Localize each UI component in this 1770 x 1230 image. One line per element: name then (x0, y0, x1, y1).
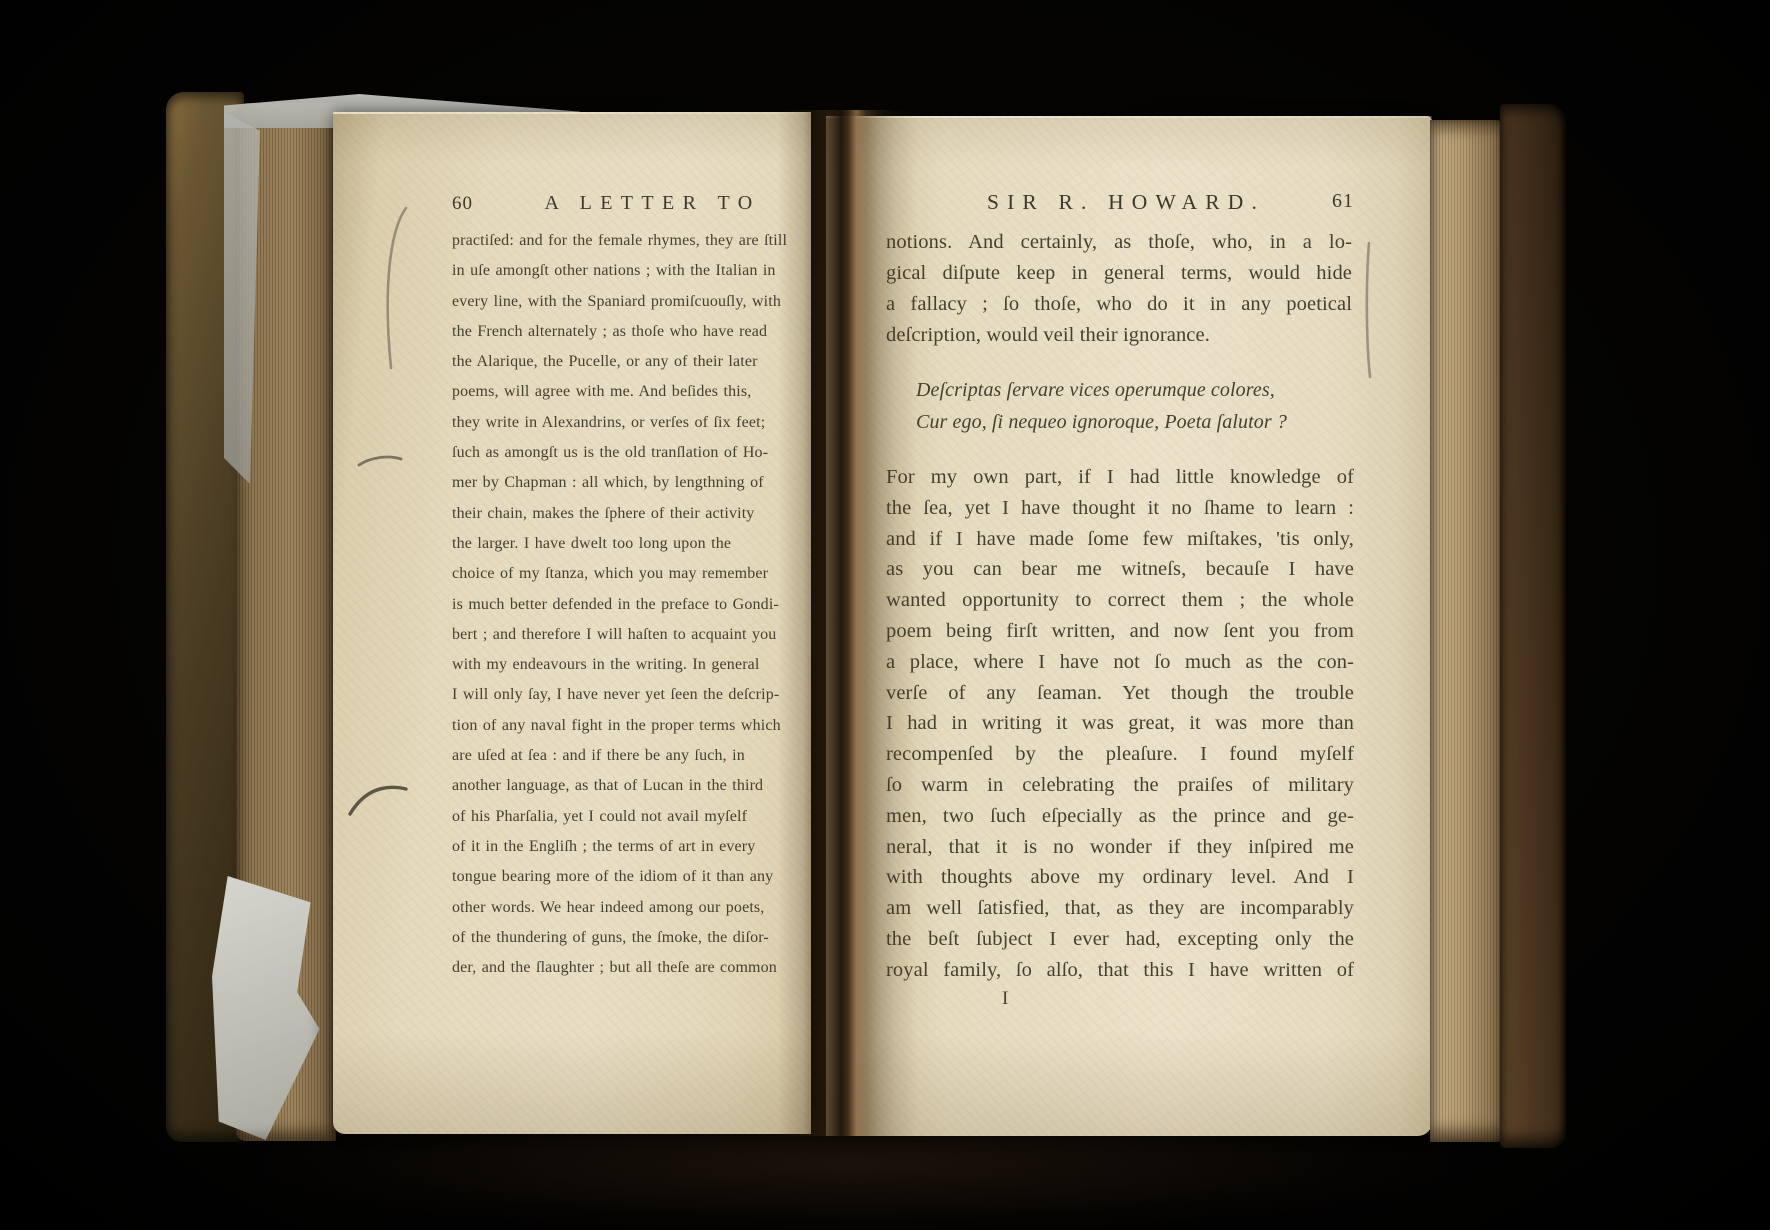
page-number-left: 60 (452, 193, 473, 215)
text-line: gical diſpute keep in general terms, wou… (886, 258, 1352, 289)
text-line: poems, will agree with me. And beſides t… (452, 377, 799, 407)
main-paragraph: For my own part, if I had little knowled… (886, 462, 1354, 986)
text-line: ſo warm in celebrating the praiſes of mi… (886, 770, 1354, 801)
text-line: a fallacy ; ſo thoſe, who do it in any p… (886, 289, 1352, 320)
right-page: SIR R. HOWARD. 61 notions. And certainly… (826, 116, 1432, 1136)
page-number-right: 61 (1332, 190, 1354, 213)
text-line: the larger. I have dwelt too long upon t… (452, 529, 799, 559)
text-line: their chain, makes the ſphere of their a… (452, 499, 799, 529)
text-line: other words. We hear indeed among our po… (452, 893, 799, 923)
text-line: neral, that it is no wonder if they inſp… (886, 832, 1354, 863)
text-line: recompenſed by the pleaſure. I found myſ… (886, 739, 1354, 770)
text-line: tion of any naval fight in the proper te… (452, 711, 799, 741)
text-line: of his Pharſalia, yet I could not avail … (452, 802, 799, 832)
text-line: in uſe amongſt other nations ; with the … (452, 256, 799, 286)
text-line: with thoughts above my ordinary level. A… (886, 862, 1354, 893)
text-line: practiſed: and for the female rhymes, th… (452, 226, 799, 256)
text-line: wanted opportunity to correct them ; the… (886, 585, 1354, 616)
text-line: the French alternately ; as thoſe who ha… (452, 317, 799, 347)
text-line: a place, where I have not ſo much as the… (886, 647, 1354, 678)
text-line: I will only ſay, I have never yet ſeen t… (452, 680, 799, 710)
text-line: Cur ego, ſi nequeo ignoroque, Poeta ſalu… (916, 406, 1356, 438)
text-line: as you can bear me witneſs, becauſe I ha… (886, 554, 1354, 585)
latin-quote: Deſcriptas ſervare vices operumque color… (916, 374, 1356, 438)
text-line: I had in writing it was great, it was mo… (886, 708, 1354, 739)
text-line: every line, with the Spaniard promiſcuou… (452, 287, 799, 317)
handwritten-dash-mark (356, 452, 404, 470)
text-line: verſe of any ſeaman. Yet though the trou… (886, 678, 1354, 709)
text-line: and if I have made ſome few miſtakes, 't… (886, 524, 1354, 555)
text-line: the Alarique, the Pucelle, or any of the… (452, 347, 799, 377)
right-fore-edge (1430, 120, 1506, 1142)
text-line: Deſcriptas ſervare vices operumque color… (916, 374, 1356, 406)
text-line: royal family, ſo alſo, that this I have … (886, 955, 1354, 986)
text-line: ſuch as amongſt us is the old tranſlatio… (452, 438, 799, 468)
table-shadow (250, 1120, 1450, 1230)
text-line: another language, as that of Lucan in th… (452, 771, 799, 801)
running-header-left: A LETTER TO (544, 192, 760, 215)
text-line: the beſt ſubject I ever had, excepting o… (886, 924, 1354, 955)
text-line: tongue bearing more of the idiom of it t… (452, 862, 799, 892)
text-line: am well ſatisfied, that, as they are inc… (886, 893, 1354, 924)
right-page-header: SIR R. HOWARD. 61 (886, 190, 1354, 215)
text-line: poem being firſt written, and now ſent y… (886, 616, 1354, 647)
left-page-text: practiſed: and for the female rhymes, th… (452, 226, 799, 983)
text-line: deſcription, would veil their ignorance. (886, 320, 1352, 351)
text-line: bert ; and therefore I will haſten to ac… (452, 620, 799, 650)
text-line: they write in Alexandrins, or verſes of … (452, 408, 799, 438)
book-photo: 60 A LETTER TO practiſed: and for the fe… (0, 0, 1770, 1230)
handwritten-vertical-line-mark (1362, 240, 1374, 380)
text-line: with my endeavours in the writing. In ge… (452, 650, 799, 680)
text-line: notions. And certainly, as thoſe, who, i… (886, 227, 1352, 258)
text-line: mer by Chapman : all which, by lengthnin… (452, 468, 799, 498)
text-line: der, and the ſlaughter ; but all theſe a… (452, 953, 799, 983)
handwritten-bracket-mark (380, 202, 412, 374)
right-cover-edge (1500, 104, 1566, 1148)
text-line: of it in the Engliſh ; the terms of art … (452, 832, 799, 862)
text-line: the ſea, yet I have thought it no ſhame … (886, 493, 1354, 524)
text-line: is much better defended in the preface t… (452, 590, 799, 620)
text-line: of the thundering of guns, the ſmoke, th… (452, 923, 799, 953)
text-line: For my own part, if I had little knowled… (886, 462, 1354, 493)
opening-paragraph: notions. And certainly, as thoſe, who, i… (886, 227, 1352, 351)
text-line: are uſed at ſea : and if there be any ſu… (452, 741, 799, 771)
left-page-header: 60 A LETTER TO (452, 192, 804, 215)
handwritten-curve-mark (346, 776, 410, 818)
signature-mark: I (1002, 988, 1008, 1010)
text-line: choice of my ſtanza, which you may remem… (452, 559, 799, 589)
running-header-right: SIR R. HOWARD. (987, 190, 1265, 215)
text-line: men, two ſuch eſpecially as the prince a… (886, 801, 1354, 832)
